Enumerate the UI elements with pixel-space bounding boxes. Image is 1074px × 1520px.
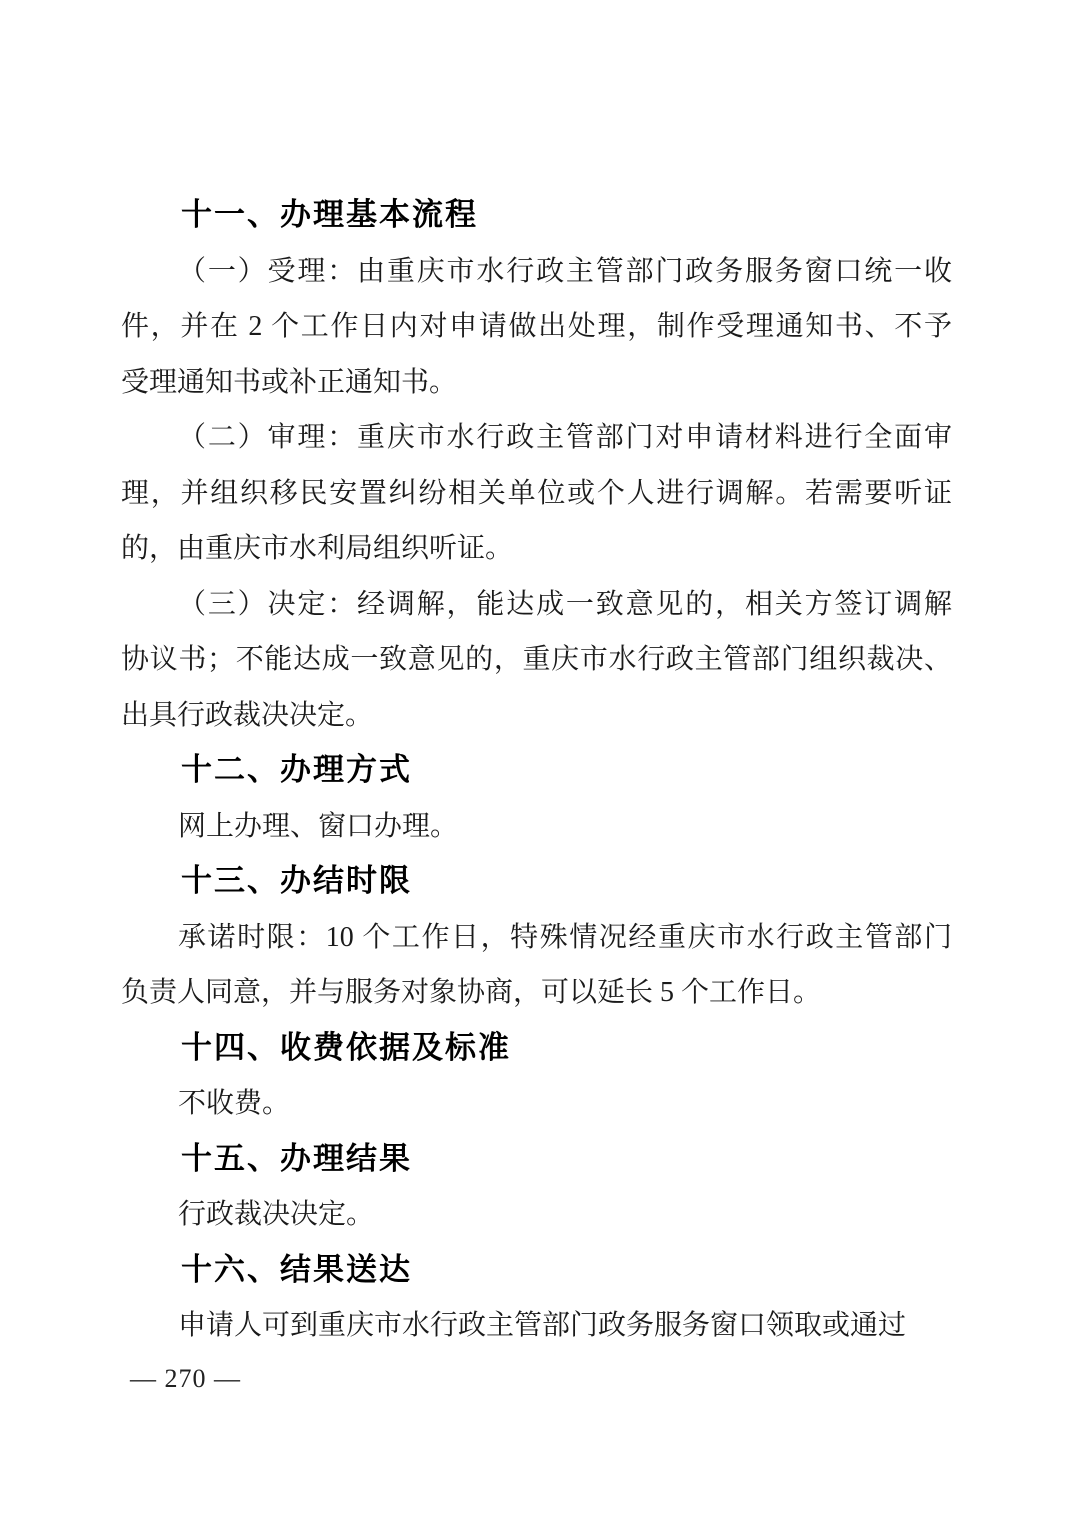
paragraph-result: 行政裁决决定。 bbox=[121, 1187, 952, 1243]
section-heading: 十二、办理方式 bbox=[121, 743, 952, 799]
section-14-fees: 十四、收费依据及标准 不收费。 bbox=[121, 1021, 952, 1132]
paragraph-decision: （三）决定：经调解，能达成一致意见的，相关方签订调解 协议书；不能达成一致意见的… bbox=[121, 577, 952, 744]
paragraph-time-limit: 承诺时限：10 个工作日，特殊情况经重庆市水行政主管部门 负责人同意，并与服务对… bbox=[121, 910, 952, 1021]
section-13-time-limit: 十三、办结时限 承诺时限：10 个工作日，特殊情况经重庆市水行政主管部门 负责人… bbox=[121, 854, 952, 1021]
section-heading: 十四、收费依据及标准 bbox=[121, 1021, 952, 1077]
paragraph-line: 协议书；不能达成一致意见的，重庆市水行政主管部门组织裁决、 bbox=[121, 632, 952, 688]
paragraph-line: （三）决定：经调解，能达成一致意见的，相关方签订调解 bbox=[121, 577, 952, 633]
section-heading: 十五、办理结果 bbox=[121, 1132, 952, 1188]
page-number: — 270 — bbox=[130, 1362, 241, 1396]
paragraph-delivery: 申请人可到重庆市水行政主管部门政务服务窗口领取或通过 bbox=[121, 1298, 952, 1354]
paragraph-line: （一）受理：由重庆市水行政主管部门政务服务窗口统一收 bbox=[121, 244, 952, 300]
paragraph-line: 申请人可到重庆市水行政主管部门政务服务窗口领取或通过 bbox=[121, 1298, 952, 1354]
section-15-result: 十五、办理结果 行政裁决决定。 bbox=[121, 1132, 952, 1243]
paragraph-accept: （一）受理：由重庆市水行政主管部门政务服务窗口统一收 件，并在 2 个工作日内对… bbox=[121, 244, 952, 411]
document-page: 十一、办理基本流程 （一）受理：由重庆市水行政主管部门政务服务窗口统一收 件，并… bbox=[121, 188, 952, 1354]
paragraph-line: 件，并在 2 个工作日内对申请做出处理，制作受理通知书、不予 bbox=[121, 299, 952, 355]
paragraph-line: 受理通知书或补正通知书。 bbox=[121, 355, 952, 411]
paragraph-line: 的，由重庆市水利局组织听证。 bbox=[121, 521, 952, 577]
paragraph-line: 网上办理、窗口办理。 bbox=[121, 799, 952, 855]
paragraph-line: 负责人同意，并与服务对象协商，可以延长 5 个工作日。 bbox=[121, 965, 952, 1021]
paragraph-review: （二）审理：重庆市水行政主管部门对申请材料进行全面审 理，并组织移民安置纠纷相关… bbox=[121, 410, 952, 577]
paragraph-method: 网上办理、窗口办理。 bbox=[121, 799, 952, 855]
section-heading: 十六、结果送达 bbox=[121, 1243, 952, 1299]
paragraph-line: 承诺时限：10 个工作日，特殊情况经重庆市水行政主管部门 bbox=[121, 910, 952, 966]
paragraph-line: 不收费。 bbox=[121, 1076, 952, 1132]
paragraph-line: 出具行政裁决决定。 bbox=[121, 688, 952, 744]
section-16-delivery: 十六、结果送达 申请人可到重庆市水行政主管部门政务服务窗口领取或通过 bbox=[121, 1243, 952, 1354]
paragraph-line: 理，并组织移民安置纠纷相关单位或个人进行调解。若需要听证 bbox=[121, 466, 952, 522]
paragraph-line: 行政裁决决定。 bbox=[121, 1187, 952, 1243]
paragraph-fees: 不收费。 bbox=[121, 1076, 952, 1132]
section-heading: 十三、办结时限 bbox=[121, 854, 952, 910]
section-12-method: 十二、办理方式 网上办理、窗口办理。 bbox=[121, 743, 952, 854]
section-heading: 十一、办理基本流程 bbox=[121, 188, 952, 244]
paragraph-line: （二）审理：重庆市水行政主管部门对申请材料进行全面审 bbox=[121, 410, 952, 466]
section-11-basic-process: 十一、办理基本流程 （一）受理：由重庆市水行政主管部门政务服务窗口统一收 件，并… bbox=[121, 188, 952, 743]
